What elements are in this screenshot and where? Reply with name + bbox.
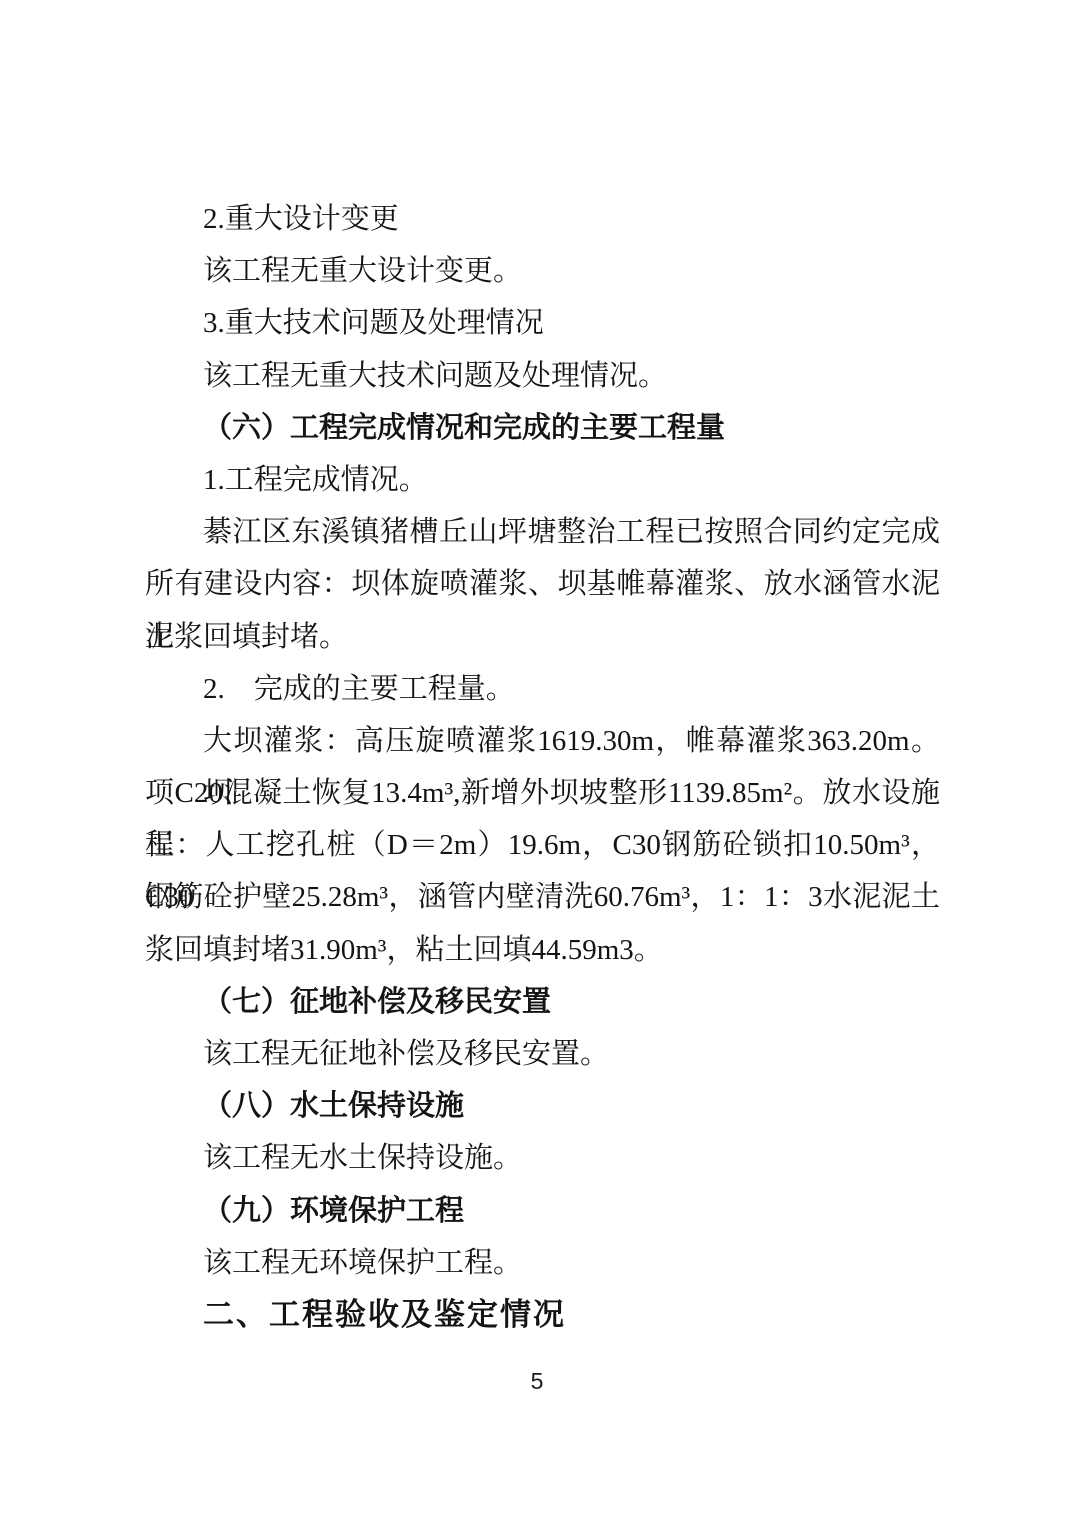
body-line-concrete-restoration: 项C20混凝土恢复13.4m³,新增外坝坡整形1139.85m²。放水设施工 [145,767,940,819]
document-body: 2.重大设计变更 该工程无重大设计变更。 3.重大技术问题及处理情况 该工程无重… [145,193,940,1341]
body-line-construction-content: 所有建设内容：坝体旋喷灌浆、坝基帷幕灌浆、放水涵管水泥泥 [145,558,940,610]
numbered-item-2-design-change: 2.重大设计变更 [145,193,940,245]
body-line-no-design-change: 该工程无重大设计变更。 [145,245,940,297]
body-line-no-environment: 该工程无环境保护工程。 [145,1237,940,1289]
document-page: 2.重大设计变更 该工程无重大设计变更。 3.重大技术问题及处理情况 该工程无重… [0,0,1074,1520]
body-line-dam-grouting: 大坝灌浆：高压旋喷灌浆1619.30m，帷幕灌浆363.20m。坝 [145,715,940,767]
body-line-wall-and-cleaning: 钢筋砼护壁25.28m³，涵管内壁清洗60.76m³，1：1：3水泥泥土 [145,871,940,923]
page-number: 5 [0,1366,1074,1396]
numbered-item-3-technical-issues: 3.重大技术问题及处理情况 [145,297,940,349]
section-heading-2-acceptance: 二、工程验收及鉴定情况 [145,1289,940,1341]
numbered-item-2-main-quantities: 2. 完成的主要工程量。 [145,663,940,715]
body-line-backfill-sealing: 土浆回填封堵。 [145,611,940,663]
body-line-no-soil-water: 该工程无水土保持设施。 [145,1132,940,1184]
subsection-heading-6-completion: （六）工程完成情况和完成的主要工程量 [145,402,940,454]
subsection-heading-7-land: （七）征地补偿及移民安置 [145,976,940,1028]
numbered-item-1-completion-status: 1.工程完成情况。 [145,454,940,506]
subsection-heading-8-soil-water: （八）水土保持设施 [145,1080,940,1132]
body-line-project-completed: 綦江区东溪镇猪槽丘山坪塘整治工程已按照合同约定完成 [145,506,940,558]
subsection-heading-9-environment: （九）环境保护工程 [145,1185,940,1237]
body-line-slurry-backfill: 浆回填封堵31.90m³，粘土回填44.59m3。 [145,924,940,976]
body-line-no-technical-issues: 该工程无重大技术问题及处理情况。 [145,350,940,402]
body-line-pile-and-lock: 程：人工挖孔桩（D＝2m）19.6m，C30钢筋砼锁扣10.50m³，C30 [145,819,940,871]
body-line-no-land-compensation: 该工程无征地补偿及移民安置。 [145,1028,940,1080]
